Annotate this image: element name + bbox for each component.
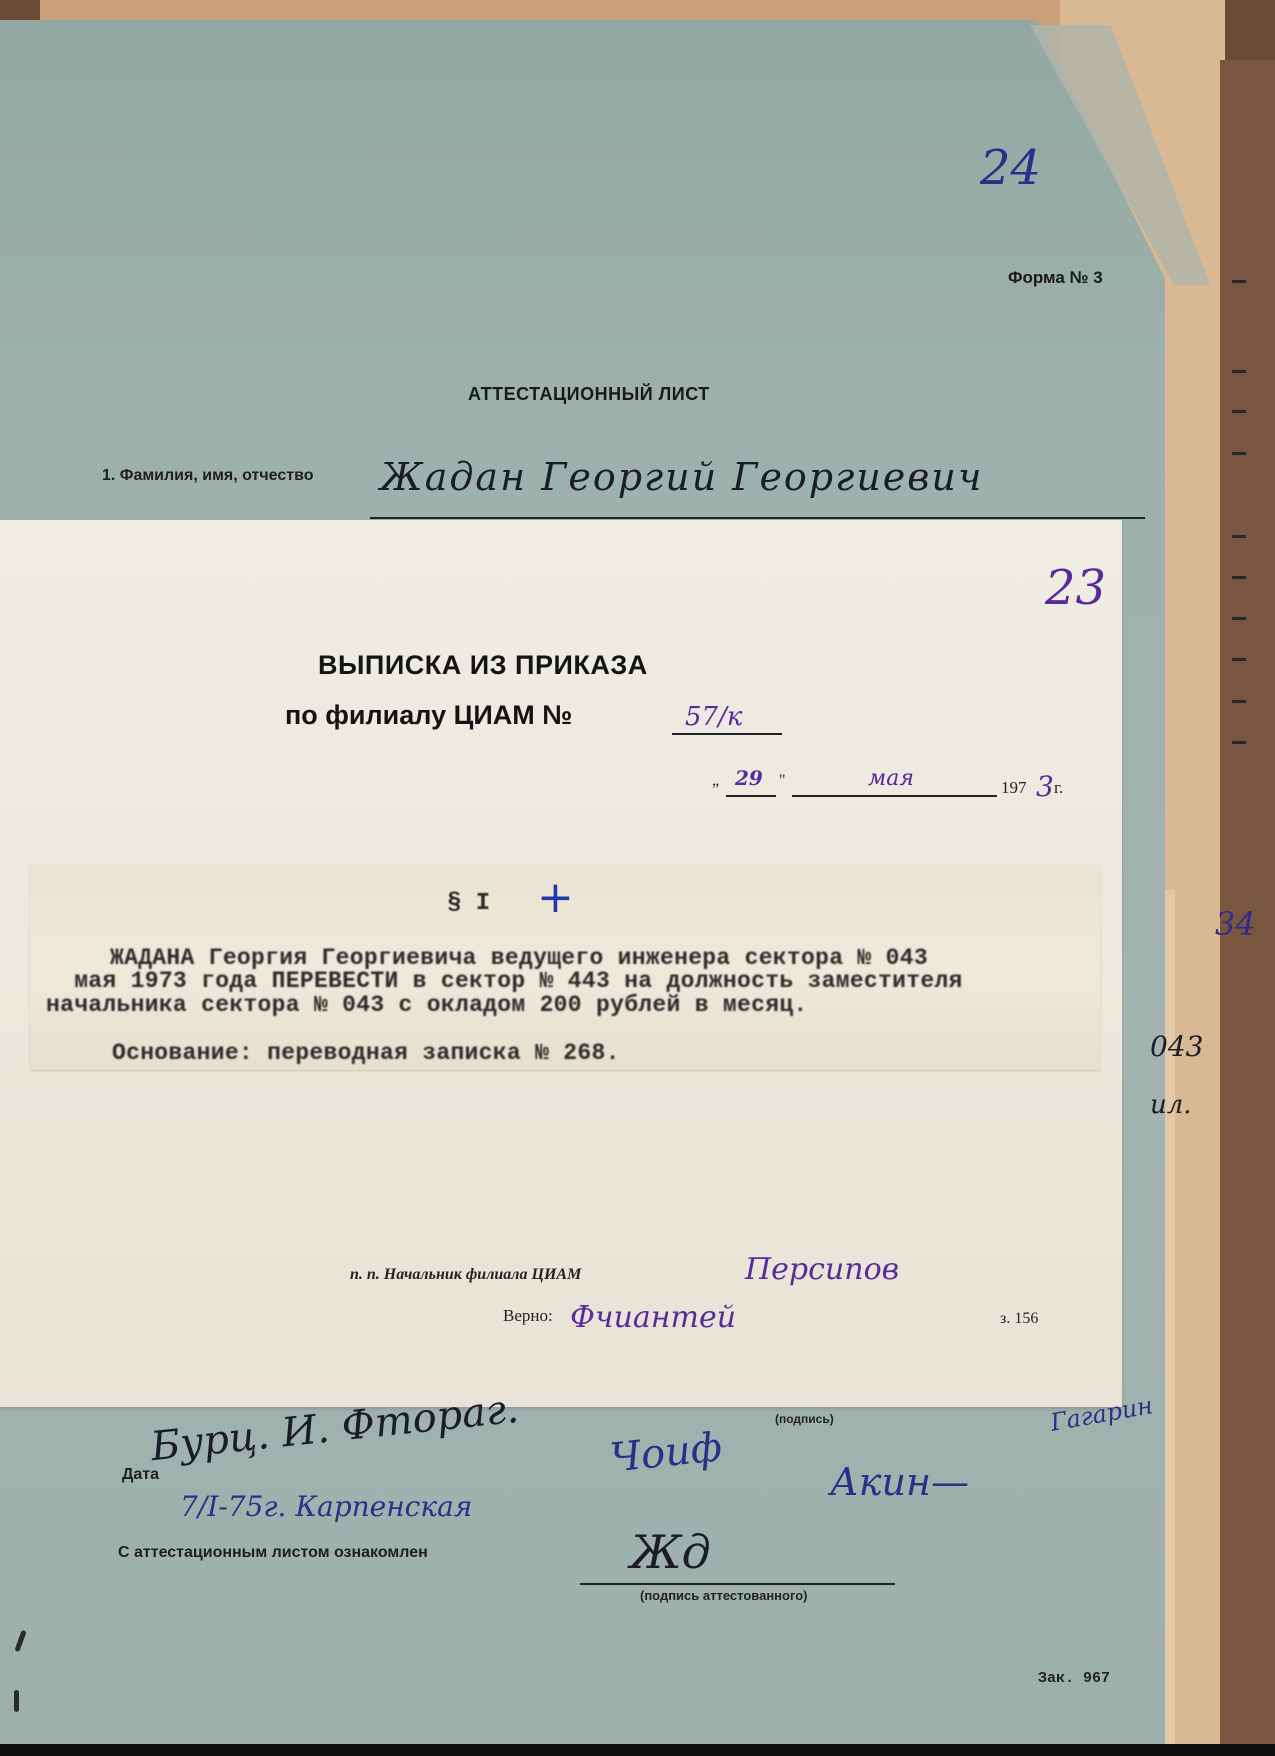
margin-tick [1232, 617, 1246, 620]
page-number-23: 23 [1045, 560, 1106, 616]
order-number-underline [672, 733, 782, 735]
page-number-24: 24 [980, 140, 1041, 196]
extract-subtitle: по филиалу ЦИАМ № [285, 700, 572, 731]
form-title: АТТЕСТАЦИОННЫЙ ЛИСТ [468, 384, 710, 405]
section-mark: § I [447, 890, 490, 917]
typed-line-2: мая 1973 года ПЕРЕВЕСТИ в сектор № 443 н… [46, 968, 963, 994]
date-day: 29 [735, 766, 763, 790]
staple-hole [14, 1690, 19, 1712]
extract-title: ВЫПИСКА ИЗ ПРИКАЗА [318, 650, 648, 681]
signature-caption: (подпись) [775, 1412, 834, 1426]
typed-line-basis: Основание: переводная записка № 268. [112, 1040, 620, 1066]
extract-print-order: з. 156 [1000, 1310, 1038, 1328]
date-month-underline [792, 795, 997, 797]
margin-tick [1232, 370, 1246, 373]
date-month: мая [868, 766, 914, 791]
form-print-order: Зак. 967 [1038, 1670, 1110, 1687]
signatory-signature: Персипов [745, 1252, 899, 1287]
signatory-label: п. п. Начальник филиала ЦИАМ [350, 1266, 581, 1284]
side-sector-note: 043 [1150, 1030, 1203, 1063]
order-number: 57/к [685, 702, 742, 732]
name-field-value: Жадан Георгий Георгиевич [380, 455, 984, 499]
date-year-unit: г. [1054, 778, 1063, 798]
verified-label: Верно: [503, 1306, 553, 1326]
margin-tick [1232, 410, 1246, 413]
date-close-quote: " [779, 772, 786, 790]
cross-mark-icon: + [537, 872, 574, 923]
attested-signature-caption: (подпись аттестованного) [640, 1588, 807, 1603]
name-field-label: 1. Фамилия, имя, отчество [102, 467, 313, 485]
date-year-suffix: 3 [1036, 770, 1054, 803]
attested-signature: Жд [630, 1525, 711, 1579]
side-fragment-note: ил. [1150, 1090, 1192, 1120]
margin-tick [1232, 576, 1246, 579]
acquainted-label: С аттестационным листом ознакомлен [118, 1544, 428, 1562]
margin-tick [1232, 700, 1246, 703]
typed-line-3: начальника сектора № 043 с окладом 200 р… [46, 992, 808, 1018]
side-page-number: 34 [1215, 905, 1256, 943]
margin-tick [1232, 741, 1246, 744]
folder-cover-edge [1220, 60, 1275, 1745]
date-value: 7/I-75г. Карпенская [180, 1490, 472, 1523]
margin-tick [1232, 452, 1246, 455]
name-field-underline [370, 517, 1145, 519]
date-open-quote: „ [712, 772, 719, 790]
date-label: Дата [122, 1466, 159, 1484]
verified-signature: Фчиантей [570, 1300, 736, 1335]
attested-signature-underline [580, 1583, 895, 1585]
date-day-underline [726, 795, 776, 797]
scan-border [0, 1744, 1275, 1756]
margin-tick [1232, 658, 1246, 661]
form-number: Форма № 3 [1008, 268, 1103, 288]
margin-tick [1232, 280, 1246, 283]
date-year-prefix: 197 [1001, 778, 1027, 798]
commission-signature-right: Акин— [830, 1460, 969, 1504]
margin-tick [1232, 535, 1246, 538]
